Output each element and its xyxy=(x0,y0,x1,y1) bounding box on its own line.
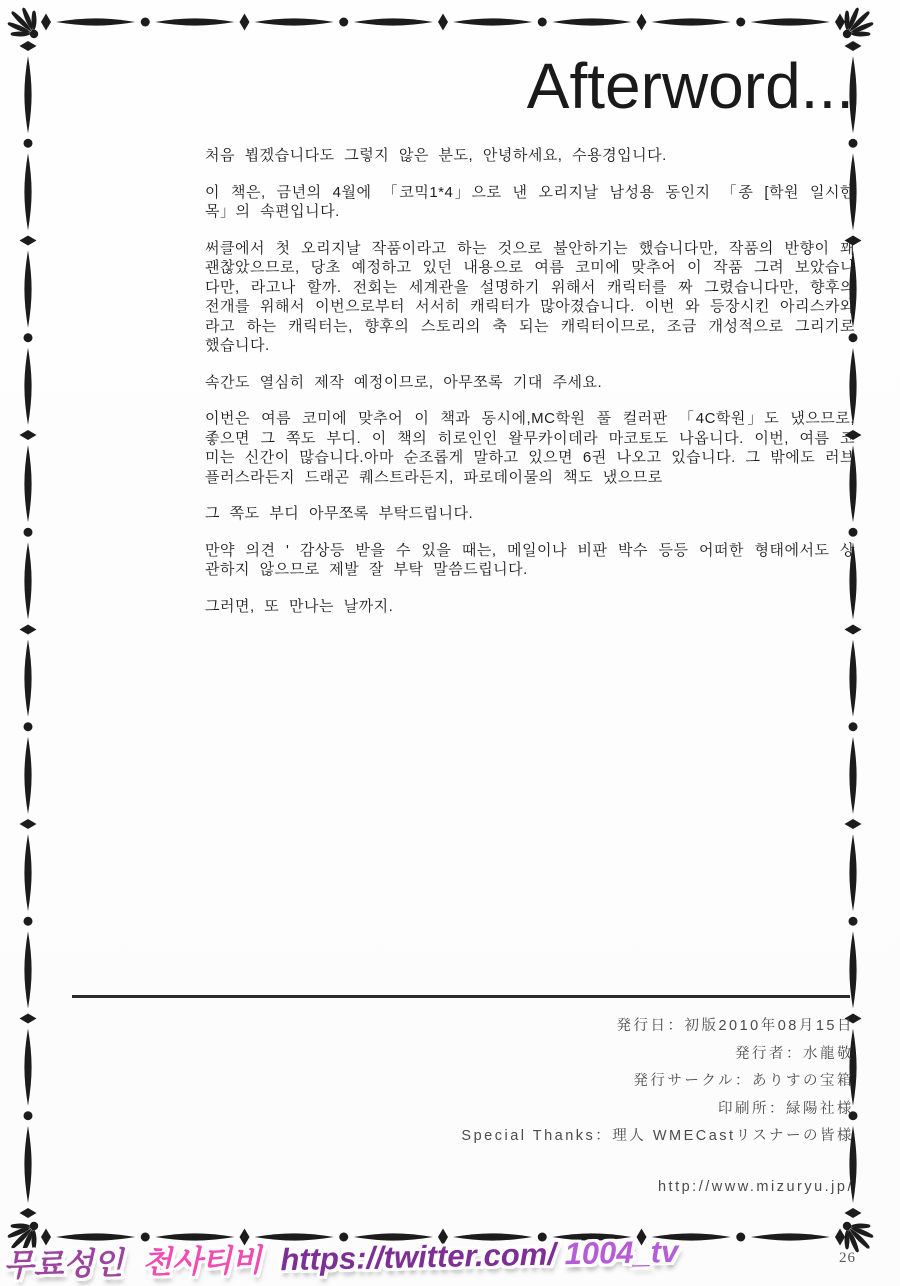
colophon-publish-date: 発行日：初版2010年08月15日 xyxy=(461,1013,854,1041)
afterword-paragraph: 그 쪽도 부디 아무쪼록 부탁드립니다. xyxy=(205,504,855,524)
afterword-paragraph: 그러면, 또 만나는 날까지. xyxy=(205,597,855,617)
divider-line xyxy=(72,995,850,998)
colophon-url: http://www.mizuryu.jp/ xyxy=(461,1174,854,1202)
colophon-publisher: 発行者：水龍敬 xyxy=(461,1041,854,1069)
colophon-circle: 発行サークル：ありすの宝箱 xyxy=(461,1068,854,1096)
watermark-url-handle: 1004_tv xyxy=(564,1234,678,1271)
afterword-body: 처음 뵙겠습니다도 그렇지 않은 분도, 안녕하세요, 수용경입니다. 이 책은… xyxy=(205,146,855,633)
colophon-printer: 印刷所：緑陽社様 xyxy=(461,1096,854,1124)
watermark: 무료성인 천사티비 https://twitter.com/ 1004_tv xyxy=(3,1226,679,1285)
afterword-paragraph: 속간도 열심히 제작 예정이므로, 아무쪼록 기대 주세요. xyxy=(205,373,855,393)
document-page: Afterword... 처음 뵙겠습니다도 그렇지 않은 분도, 안녕하세요,… xyxy=(0,0,900,1286)
afterword-paragraph: 처음 뵙겠습니다도 그렇지 않은 분도, 안녕하세요, 수용경입니다. xyxy=(205,146,855,166)
afterword-paragraph: 이번은 여름 코미에 맞추어 이 책과 동시에,MC학원 풀 컬러판 「4C학원… xyxy=(205,409,855,487)
afterword-paragraph: 만약 의견 ' 감상등 받을 수 있을 때는, 메일이나 비판 박수 등등 어떠… xyxy=(205,541,855,580)
afterword-paragraph: 이 책은, 금년의 4월에 「코믹1*4」으로 낸 오리지날 남성용 동인지 「… xyxy=(205,183,855,222)
colophon: 発行日：初版2010年08月15日 発行者：水龍敬 発行サークル：ありすの宝箱 … xyxy=(461,1013,854,1201)
page-number: 26 xyxy=(839,1250,856,1267)
watermark-url-prefix: https://twitter.com/ xyxy=(280,1236,556,1277)
colophon-special-thanks: Special Thanks：理人 WMECastリスナーの皆様 xyxy=(461,1123,854,1151)
watermark-site-name-2: 천사티비 xyxy=(142,1243,263,1281)
watermark-site-name-1: 무료성인 xyxy=(3,1245,124,1283)
afterword-paragraph: 써클에서 첫 오리지날 작품이라고 하는 것으로 불안하기는 했습니다만, 작품… xyxy=(205,239,855,356)
page-title: Afterword... xyxy=(527,54,854,118)
